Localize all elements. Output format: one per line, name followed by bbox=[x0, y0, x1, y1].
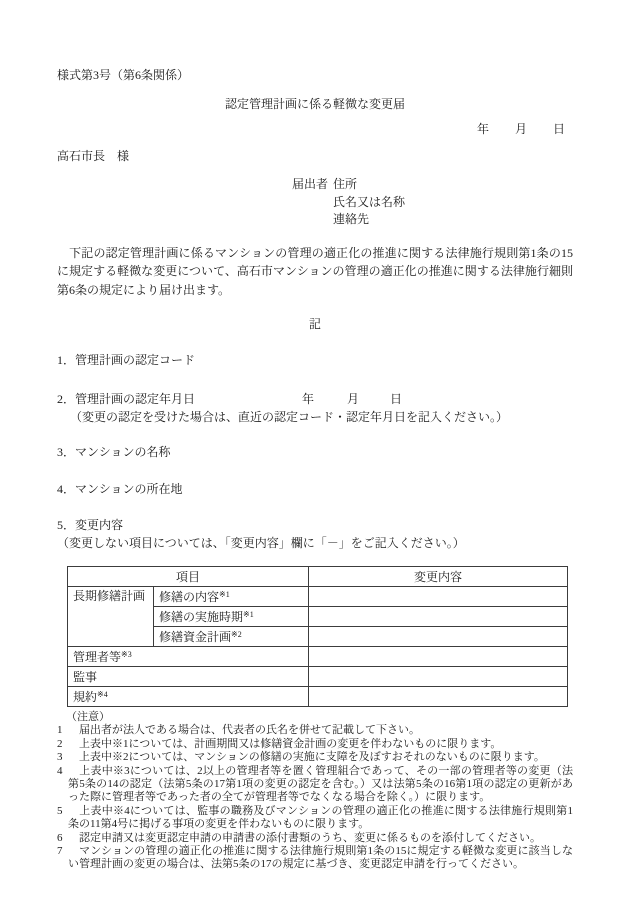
addressee: 高石市長 様 bbox=[57, 148, 573, 164]
item-5-note: （変更しない項目については、「変更内容」欄に「－」をご記入ください。） bbox=[57, 535, 573, 552]
item-2-certification-date: 2．管理計画の認定年月日 年 月 日 bbox=[57, 391, 573, 408]
note-text: 届出者が法人である場合は、代表者の氏名を併せて記載して下さい。 bbox=[79, 724, 420, 736]
bylaws-cell: 規約※4 bbox=[68, 687, 309, 707]
change-details-table: 項目 変更内容 長期修繕計画 修繕の内容※1 修繕の実施時期※1 修繕資金計画※… bbox=[67, 566, 568, 707]
manager-cell: 管理者等※3 bbox=[68, 647, 309, 667]
note-number: 6 bbox=[57, 832, 79, 845]
item-5-label: 変更内容 bbox=[75, 518, 123, 532]
item-3-mansion-name: 3．マンションの名称 bbox=[57, 444, 573, 461]
note-text: 上表中※2については、マンションの修繕の実施に支障を及ぼすおそれのないものに限り… bbox=[79, 751, 545, 763]
repair-content-cell: 修繕の内容※1 bbox=[154, 587, 309, 607]
table-row: 管理者等※3 bbox=[68, 647, 568, 667]
submitter-name-label: 氏名又は名称 bbox=[333, 194, 573, 212]
date-month-label: 月 bbox=[515, 122, 527, 136]
submitter-label: 届出者 bbox=[292, 176, 333, 194]
date-day-label: 日 bbox=[553, 122, 565, 136]
repair-timing-cell: 修繕の実施時期※1 bbox=[154, 607, 309, 627]
manager-label: 管理者等 bbox=[73, 650, 121, 664]
note-item-2: 2上表中※1については、計画期間又は修繕資金計画の変更を伴わないものに限ります。 bbox=[57, 738, 573, 751]
header-item-column: 項目 bbox=[68, 567, 309, 587]
item-1-label: 管理計画の認定コード bbox=[75, 353, 195, 367]
repair-timing-label: 修繕の実施時期 bbox=[159, 610, 243, 624]
submitter-block: 届出者住所 氏名又は名称 連絡先 bbox=[292, 176, 573, 229]
item-2-number: 2． bbox=[57, 392, 75, 406]
note-number: 4 bbox=[57, 765, 79, 778]
repair-content-change-cell bbox=[309, 587, 568, 607]
header-change-column: 変更内容 bbox=[309, 567, 568, 587]
item-1-number: 1． bbox=[57, 353, 75, 367]
body-paragraph: 下記の認定管理計画に係るマンションの管理の適正化の推進に関する法律施行規則第1条… bbox=[57, 244, 573, 300]
note-item-3: 3上表中※2については、マンションの修繕の実施に支障を及ぼすおそれのないものに限… bbox=[57, 751, 573, 764]
note-item-6: 6認定申請又は変更認定申請の申請書の添付書類のうち、変更に係るものを添付してくだ… bbox=[57, 832, 573, 845]
note-text: マンションの管理の適正化の推進に関する法律施行規則第1条の15に規定する軽微な変… bbox=[68, 845, 573, 870]
item-4-label: マンションの所在地 bbox=[75, 482, 182, 496]
note-number: 2 bbox=[57, 738, 79, 751]
table-header-row: 項目 変更内容 bbox=[68, 567, 568, 587]
note-number: 5 bbox=[57, 805, 79, 818]
ki-heading: 記 bbox=[57, 316, 573, 332]
repair-fund-plan-change-cell bbox=[309, 627, 568, 647]
long-term-repair-plan-group-cell: 長期修繕計画 bbox=[68, 587, 154, 647]
note-item-4: 4上表中※3については、2以上の管理者等を置く管理組合であって、その一部の管理者… bbox=[57, 765, 573, 805]
repair-timing-change-cell bbox=[309, 607, 568, 627]
repair-content-label: 修繕の内容 bbox=[159, 590, 219, 604]
note-mark-3: ※3 bbox=[121, 650, 132, 659]
note-text: 認定申請又は変更認定申請の申請書の添付書類のうち、変更に係るものを添付してくださ… bbox=[79, 832, 541, 844]
note-mark-1b: ※1 bbox=[243, 610, 254, 619]
item-2-year-label: 年 bbox=[302, 391, 314, 408]
note-text: 上表中※1については、計画期間又は修繕資金計画の変更を伴わないものに限ります。 bbox=[79, 738, 501, 750]
notes-section: （注意） 1届出者が法人である場合は、代表者の氏名を併せて記載して下さい。 2上… bbox=[57, 711, 573, 872]
repair-fund-plan-cell: 修繕資金計画※2 bbox=[154, 627, 309, 647]
item-5-change-details: 5．変更内容 bbox=[57, 517, 573, 534]
document-page: 様式第3号（第6条関係） 認定管理計画に係る軽微な変更届 年 月 日 高石市長 … bbox=[0, 0, 630, 903]
note-item-7: 7マンションの管理の適正化の推進に関する法律施行規則第1条の15に規定する軽微な… bbox=[57, 845, 573, 872]
note-text: 上表中※3については、2以上の管理者等を置く管理組合であって、その一部の管理者等… bbox=[68, 765, 573, 804]
note-number: 3 bbox=[57, 751, 79, 764]
bylaws-change-cell bbox=[309, 687, 568, 707]
item-3-label: マンションの名称 bbox=[75, 445, 170, 459]
item-4-mansion-location: 4．マンションの所在地 bbox=[57, 481, 573, 498]
auditor-label: 監事 bbox=[73, 670, 97, 684]
item-5-number: 5． bbox=[57, 518, 75, 532]
note-mark-4: ※4 bbox=[97, 690, 108, 699]
item-2-month-label: 月 bbox=[347, 391, 359, 408]
note-mark-2: ※2 bbox=[231, 630, 242, 639]
table-row: 規約※4 bbox=[68, 687, 568, 707]
auditor-change-cell bbox=[309, 667, 568, 687]
page-title: 認定管理計画に係る軽微な変更届 bbox=[57, 96, 573, 112]
item-1-certification-code: 1．管理計画の認定コード bbox=[57, 352, 573, 369]
item-2-day-label: 日 bbox=[390, 391, 402, 408]
item-3-number: 3． bbox=[57, 445, 75, 459]
note-mark-1: ※1 bbox=[219, 590, 230, 599]
note-number: 7 bbox=[57, 845, 79, 858]
submitter-address-row: 届出者住所 bbox=[292, 176, 573, 194]
manager-change-cell bbox=[309, 647, 568, 667]
table-row: 長期修繕計画 修繕の内容※1 bbox=[68, 587, 568, 607]
table-row: 監事 bbox=[68, 667, 568, 687]
repair-fund-plan-label: 修繕資金計画 bbox=[159, 630, 231, 644]
item-4-number: 4． bbox=[57, 482, 75, 496]
note-number: 1 bbox=[57, 724, 79, 737]
submitter-contact-label: 連絡先 bbox=[333, 211, 573, 229]
notes-heading: （注意） bbox=[57, 711, 573, 724]
submitter-address-label: 住所 bbox=[333, 177, 357, 191]
note-item-5: 5上表中※4については、監事の職務及びマンションの管理の適正化の推進に関する法律… bbox=[57, 805, 573, 832]
bylaws-label: 規約 bbox=[73, 690, 97, 704]
date-year-label: 年 bbox=[477, 122, 489, 136]
auditor-cell: 監事 bbox=[68, 667, 309, 687]
item-2-label: 管理計画の認定年月日 bbox=[75, 392, 195, 406]
note-item-1: 1届出者が法人である場合は、代表者の氏名を併せて記載して下さい。 bbox=[57, 724, 573, 737]
note-text: 上表中※4については、監事の職務及びマンションの管理の適正化の推進に関する法律施… bbox=[68, 805, 573, 830]
item-2-note: （変更の認定を受けた場合は、直近の認定コード・認定年月日を記入ください。） bbox=[57, 409, 573, 426]
date-line: 年 月 日 bbox=[57, 121, 573, 137]
form-number: 様式第3号（第6条関係） bbox=[57, 67, 573, 83]
